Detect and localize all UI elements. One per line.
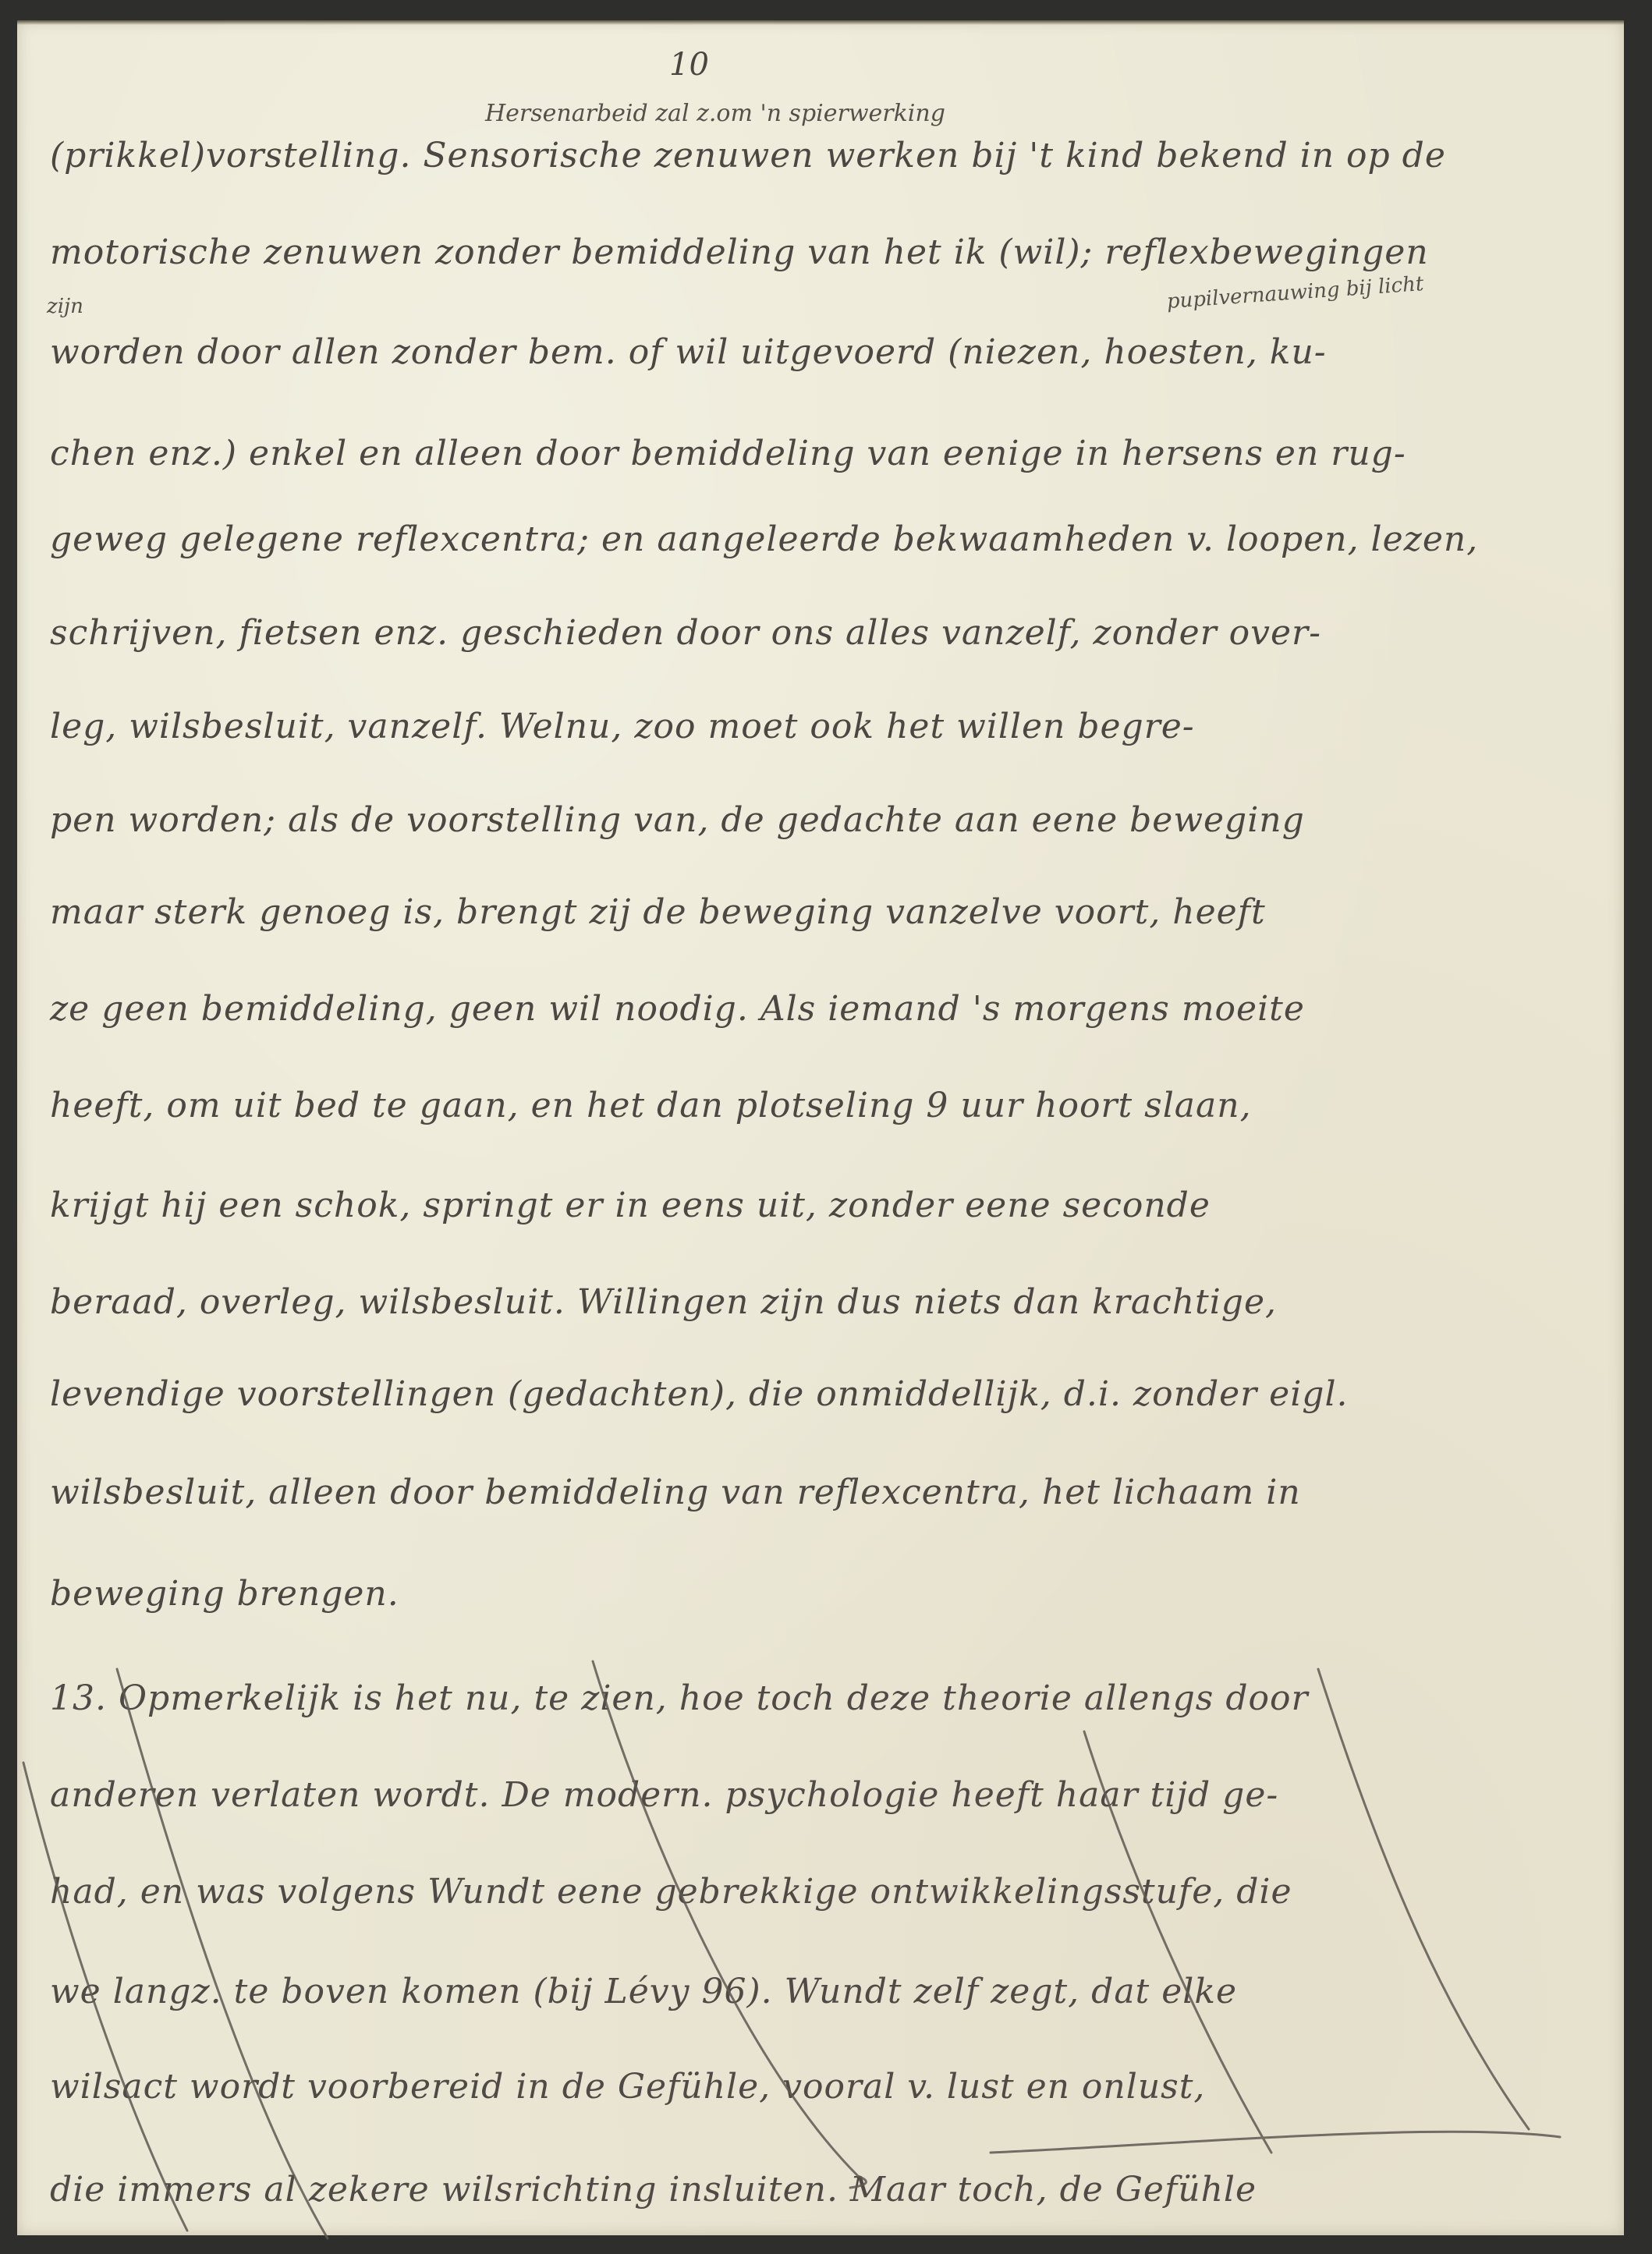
page-number: 10 xyxy=(669,47,709,83)
text-line: geweg gelegene reflexcentra; en aangelee… xyxy=(50,519,1478,559)
cancelled-text-line: had, en was volgens Wundt eene gebrekkig… xyxy=(50,1872,1292,1912)
cancelled-text-line: we langz. te boven komen (bij Lévy 96). … xyxy=(50,1972,1237,2011)
text-line: (prikkel)vorstelling. Sensorische zenuwe… xyxy=(50,136,1446,175)
cancelled-text-line: anderen verlaten wordt. De modern. psych… xyxy=(50,1775,1278,1815)
text-line: beraad, overleg, wilsbesluit. Willingen … xyxy=(50,1282,1277,1322)
interlinear-annotation-top: Hersenarbeid zal z.om 'n spierwerking xyxy=(485,100,945,127)
text-line: heeft, om uit bed te gaan, en het dan pl… xyxy=(50,1086,1252,1125)
text-line: maar sterk genoeg is, brengt zij de bewe… xyxy=(50,892,1266,932)
text-line: krijgt hij een schok, springt er in eens… xyxy=(50,1185,1211,1225)
cancelled-text-line: wilsact wordt voorbereid in de Gefühle, … xyxy=(50,2067,1205,2107)
text-line: levendige voorstellingen (gedachten), di… xyxy=(50,1374,1349,1414)
margin-annotation-zijn: zijn xyxy=(47,295,83,318)
text-line: schrijven, fietsen enz. geschieden door … xyxy=(50,613,1321,653)
text-line: pen worden; als de voorstelling van, de … xyxy=(50,800,1305,840)
text-line: worden door allen zonder bem. of wil uit… xyxy=(50,332,1327,372)
text-line: leg, wilsbesluit, vanzelf. Welnu, zoo mo… xyxy=(50,707,1195,746)
cancelled-text-line: 13. Opmerkelijk is het nu, te zien, hoe … xyxy=(50,1678,1309,1718)
text-line: beweging brengen. xyxy=(50,1574,399,1614)
interlinear-annotation-pupil: pupilvernauwing bij licht xyxy=(1166,272,1424,314)
text-line: ze geen bemiddeling, geen wil noodig. Al… xyxy=(50,989,1305,1029)
text-line: wilsbesluit, alleen door bemiddeling van… xyxy=(50,1473,1301,1512)
text-line: chen enz.) enkel en alleen door bemiddel… xyxy=(50,434,1406,473)
cancelled-text-line: die immers al zekere wilsrichting inslui… xyxy=(50,2170,1257,2210)
text-line: motorische zenuwen zonder bemiddeling va… xyxy=(50,232,1429,272)
manuscript-page: 10 Hersenarbeid zal z.om 'n spierwerking… xyxy=(17,20,1624,2235)
